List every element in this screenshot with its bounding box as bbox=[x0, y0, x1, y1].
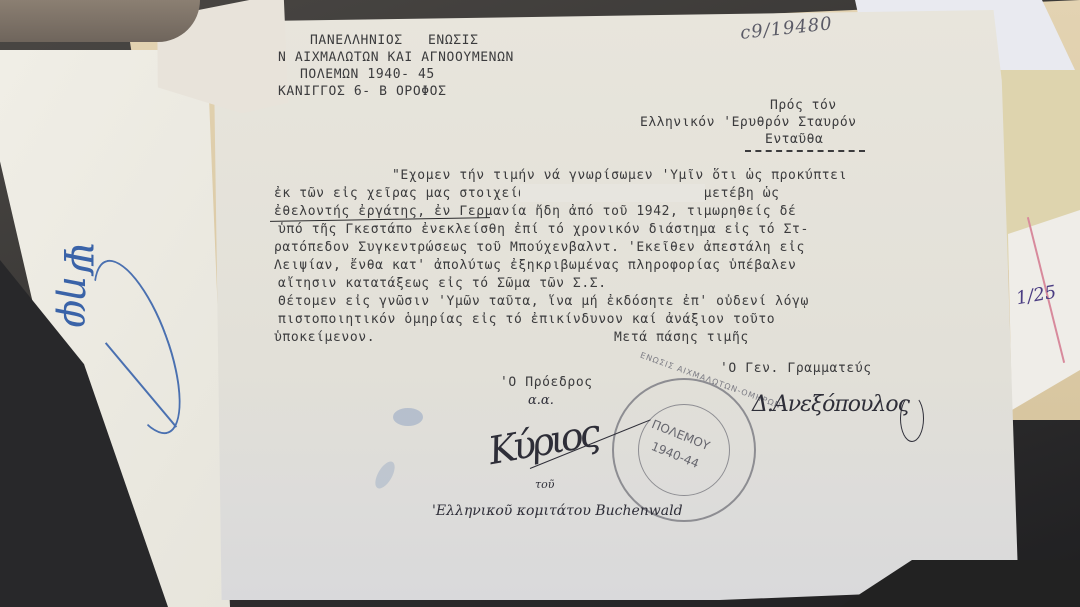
handwritten-of: τοῦ bbox=[535, 478, 554, 491]
secretary-title: 'Ο Γεν. Γραμματεύς bbox=[720, 361, 872, 376]
closing-salutation: Μετά πάσης τιμῆς bbox=[614, 330, 749, 345]
letterhead-line-2: Ν ΑΙΧΜΑΛΩΤΩΝ ΚΑΙ ΑΓΝΟΟΥΜΕΝΩΝ bbox=[278, 50, 514, 65]
president-aa: α.α. bbox=[528, 393, 554, 408]
recipient-underline bbox=[745, 150, 865, 152]
hand-thumb bbox=[0, 0, 200, 42]
recipient-line-1: Πρός τόν bbox=[770, 98, 837, 113]
president-title: 'Ο Πρόεδρος bbox=[500, 375, 593, 390]
ink-smudge bbox=[393, 408, 423, 426]
body-line: ἐθελοντής ἐργάτης, ἐν Γερμανία ἤδη ἀπό τ… bbox=[274, 204, 796, 219]
envelope-signature: Ψηφ bbox=[54, 240, 100, 327]
letterhead-line-1: ΠΑΝΕΛΛΗΝΙΟΣ ΕΝΩΣΙΣ bbox=[310, 33, 479, 48]
recipient-line-3: Ενταῦθα bbox=[765, 132, 823, 147]
body-line: αἴτησιν κατατάξεως εἰς τό Σῶμα τῶν Σ.Σ. bbox=[278, 276, 607, 291]
recipient-line-2: Ελληνικόν 'Ερυθρόν Σταυρόν bbox=[640, 115, 857, 130]
secretary-signature: Δ.Ανεξόπουλος bbox=[752, 392, 909, 417]
secretary-signature-tail bbox=[900, 395, 924, 442]
body-line: Λειψίαν, ἔνθα κατ' ἀπολύτως ἐξηκριβωμένα… bbox=[274, 258, 796, 273]
handwritten-committee: 'Ελληνικοῦ κομιτάτου Buchenwald bbox=[432, 503, 683, 519]
body-line: ρατόπεδον Συγκεντρώσεως τοῦ Μπούχενβαλντ… bbox=[274, 240, 805, 255]
body-line: Θέτομεν εἰς γνῶσιν 'Υμῶν ταῦτα, ἵνα μή ἐ… bbox=[278, 294, 809, 309]
body-line: ὑπό τῆς Γκεστάπο ἐνεκλείσθη ἐπί τό χρονι… bbox=[278, 222, 809, 237]
body-line: πιστοποιητικόν ὁμηρίας εἰς τό ἐπικίνδυνο… bbox=[278, 312, 775, 327]
redacted-name bbox=[520, 184, 705, 202]
body-line: "Εχομεν τήν τιμήν νά γνωρίσωμεν 'Υμῖν ὅτ… bbox=[392, 168, 847, 183]
letterhead-line-4: ΚΑΝΙΓΓΟΣ 6- Β ΟΡΟΦΟΣ bbox=[278, 84, 447, 99]
body-line: ὑποκείμενον. bbox=[274, 330, 375, 345]
letterhead-line-3: ΠΟΛΕΜΩΝ 1940- 45 bbox=[300, 67, 435, 82]
